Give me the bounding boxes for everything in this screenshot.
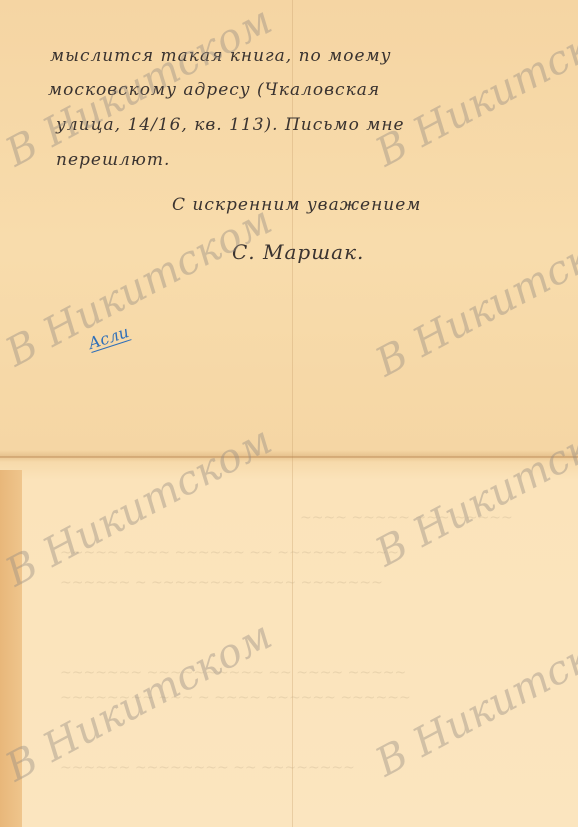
watermark: В Никитском [368, 397, 578, 576]
watermark: В Никитском [0, 417, 279, 596]
bleed-through-text: ~~~~~~ ~~~~~~~~ ~~ ~~~~~~~~ [60, 760, 355, 776]
letter-page: ~~~~ ~~~~~ ~~~ ~~~~~ ~~~~~ ~~~~ ~~~~~~ ~… [0, 0, 578, 827]
horizontal-fold-line [0, 456, 578, 458]
watermark: В Никитском [368, 0, 578, 176]
bleed-through-text: ~~~~~~ ~ ~~~~~~~~ ~~~~ ~~~~~~~ [60, 575, 383, 591]
letter-line-4: перешлют. [56, 150, 170, 170]
watermark: В Никитском [0, 197, 279, 376]
closing-line: С искренним уважением [172, 195, 421, 215]
watermark: В Никитском [368, 207, 578, 386]
